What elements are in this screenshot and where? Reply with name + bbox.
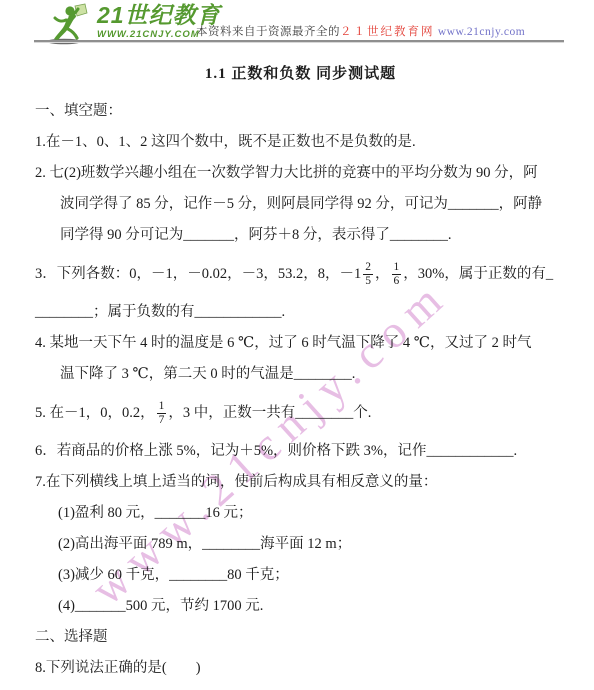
question-5: 5. 在－1，0，0.2，17，3 中，正数一共有________个. bbox=[35, 390, 566, 436]
question-2-line-2: 波同学得了 85 分，记作－5 分，则阿晨同学得 92 分，可记为_______… bbox=[35, 189, 566, 220]
question-1: 1.在－1、0、1、2 这四个数中，既不是正数也不是负数的是. bbox=[35, 127, 566, 158]
question-7-intro: 7.在下列横线上填上适当的词，使前后构成具有相反意义的量： bbox=[35, 467, 566, 498]
section-heading-fill: 一、填空题： bbox=[35, 96, 566, 127]
fraction-1-7: 17 bbox=[157, 400, 167, 427]
fraction-1-6: 16 bbox=[392, 261, 402, 288]
question-6: 6．若商品的价格上涨 5%，记为＋5%，则价格下跌 3%，记作_________… bbox=[35, 436, 566, 467]
question-7-item-1: (1)盈利 80 元，_______16 元； bbox=[35, 498, 566, 529]
site-logo: 21世纪教育 www.21cnjy.com bbox=[42, 3, 221, 45]
runner-logo-icon bbox=[42, 3, 94, 45]
question-3-post: ，30%，属于正数的有_ bbox=[403, 266, 553, 282]
question-8: 8.下列说法正确的是( ) bbox=[35, 653, 566, 684]
question-4-line-1: 4. 某地一天下午 4 时的温度是 6 ℃，过了 6 时气温下降了 4 ℃，又过… bbox=[35, 328, 566, 359]
question-7-item-3: (3)减少 60 千克，________80 千克； bbox=[35, 560, 566, 591]
question-7-item-2: (2)高出海平面 789 m，________海平面 12 m； bbox=[35, 529, 566, 560]
question-3-line-1: 3．下列各数：0，－1，－0.02，－3，53.2，8，－125，16，30%，… bbox=[35, 251, 566, 297]
question-5-post: ，3 中，正数一共有________个. bbox=[168, 405, 371, 421]
section-heading-choice: 二、选择题 bbox=[35, 622, 566, 653]
question-3-mid: ， bbox=[375, 266, 390, 282]
question-4-line-2: 温下降了 3 ℃，第二天 0 时的气温是________. bbox=[35, 359, 566, 390]
header: 21世纪教育 www.21cnjy.com 本资料来自于资源最齐全的２１世纪教育… bbox=[0, 0, 594, 46]
question-5-pre: 5. 在－1，0，0.2， bbox=[35, 405, 155, 421]
worksheet-page: www.21cnjy.com 21世纪教育 www.21cnjy.com 本资料… bbox=[0, 0, 594, 690]
question-3-line-2: ________；属于负数的有____________. bbox=[35, 297, 566, 328]
notice-site-name: ２１世纪教育网 bbox=[340, 26, 435, 38]
notice-site-url: www.21cnjy.com bbox=[438, 26, 525, 38]
document-body: 1.1 正数和负数 同步测试题 一、填空题： 1.在－1、0、1、2 这四个数中… bbox=[0, 0, 594, 684]
header-notice: 本资料来自于资源最齐全的２１世纪教育网 www.21cnjy.com bbox=[196, 23, 525, 39]
header-divider bbox=[34, 40, 564, 43]
question-2-line-1: 2. 七(2)班数学兴趣小组在一次数学智力大比拼的竞赛中的平均分数为 90 分，… bbox=[35, 158, 566, 189]
fraction-2-5: 25 bbox=[363, 261, 373, 288]
notice-prefix: 本资料来自于资源最齐全的 bbox=[196, 26, 340, 38]
question-3-pre: 3．下列各数：0，－1，－0.02，－3，53.2，8，－1 bbox=[35, 266, 361, 282]
question-7-item-4: (4)_______500 元，节约 1700 元. bbox=[35, 591, 566, 622]
question-2-line-3: 同学得 90 分可记为_______，阿芬＋8 分，表示得了________. bbox=[35, 220, 566, 251]
page-title: 1.1 正数和负数 同步测试题 bbox=[35, 60, 566, 88]
